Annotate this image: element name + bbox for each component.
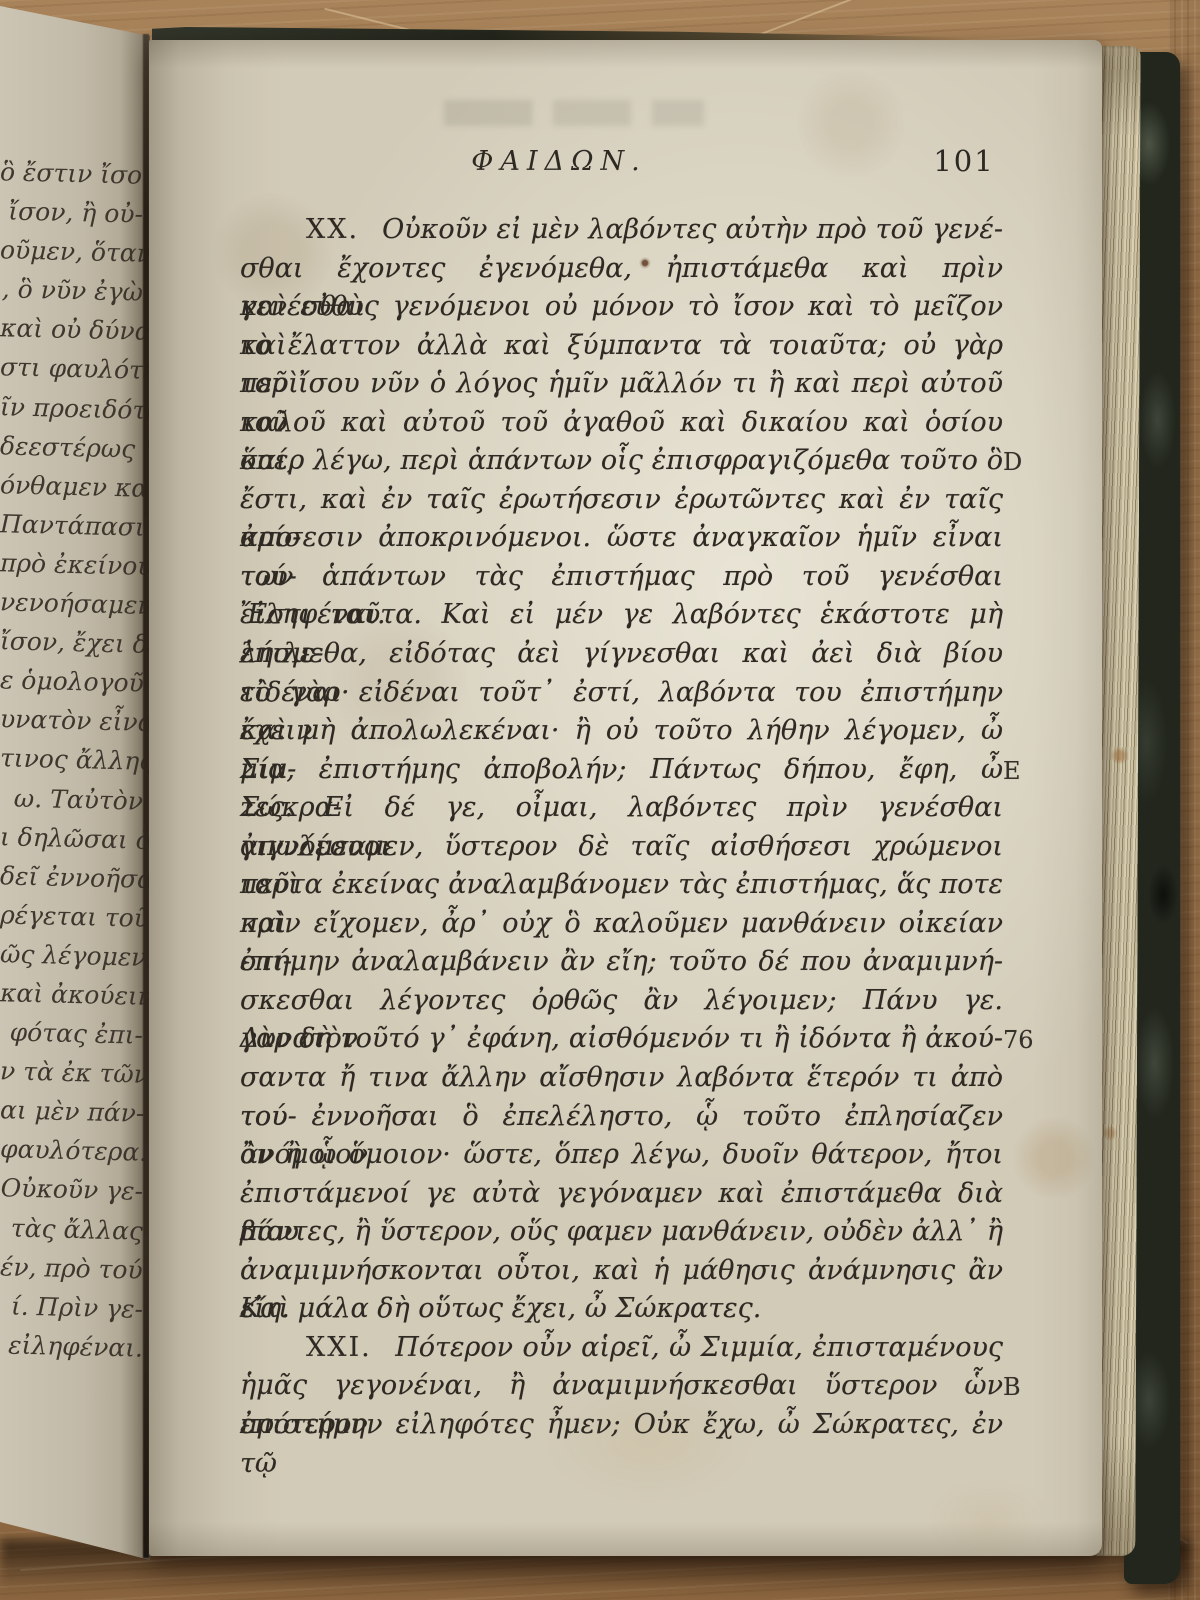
left-page-line: ὃ ἔστιν ἴσον,: [0, 152, 143, 195]
left-page-line: ι δηλῶσαι ὁ: [0, 817, 143, 860]
margin-letter: D: [1003, 443, 1047, 482]
text-line: λήσμεθα, εἰδότας ἀεὶ γίγνεσθαι καὶ ἀεὶ δ…: [240, 635, 1003, 674]
left-page-line-text: πρὸ ἐκείνου: [0, 548, 153, 581]
running-title: ΦΑΙΔΩΝ.: [239, 146, 879, 177]
left-page-line: ῖν προειδότα: [0, 387, 143, 430]
text-line: Ἔστι ταῦτα. Καὶ εἰ μέν γε λαβόντες ἑκάστ…: [240, 596, 1003, 635]
left-page-line: αι μὲν πάν-: [0, 1091, 143, 1134]
left-page-line-text: τὰς ἄλλας: [11, 1213, 144, 1245]
text-line: καὶ μὴ ἀπολωλεκέναι· ἢ οὐ τοῦτο λήθην λέ…: [240, 712, 1003, 751]
left-page-line-text: ι δηλῶσαι ὁ: [0, 822, 151, 855]
left-page-line-text: όνθαμεν καὶ: [0, 470, 158, 503]
text-line: σκεσθαι λέγοντες ὀρθῶς ἂν λέγοιμεν; Πάνυ…: [240, 982, 1003, 1021]
left-page-line-text: , ὃ νῦν ἐγὼ: [1, 275, 143, 307]
left-page-line: ί. Πρὶν γε-: [0, 1286, 143, 1329]
text-line: ὂν ἢ ᾧ ὅμοιον· ὥστε, ὅπερ λέγω, δυοῖν θά…: [240, 1136, 1003, 1175]
left-page-text-fragments: ὃ ἔστιν ἴσον, ἴσον, ἢ οὐ- οῦμεν, ὅταν , …: [0, 154, 143, 1366]
text-line: του ἐννοῆσαι ὃ ἐπελέληστο, ᾧ τοῦτο ἐπλησ…: [240, 1098, 1003, 1137]
greek-line-text: ὅπερ λέγω, περὶ ἁπάντων οἷς ἐπισφραγιζόμ…: [240, 445, 1003, 476]
left-page-line: καὶ ἀκούειν: [0, 973, 143, 1016]
text-line: τὸ γὰρ εἰδέναι τοῦτ᾽ ἐστί, λαβόντα του ἐ…: [240, 674, 1003, 713]
text-line: XXI. Πότερον οὖν αἱρεῖ, ὦ Σιμμία, ἐπιστα…: [240, 1329, 1003, 1368]
text-line: ἀναμιμνήσκονται οὗτοι, καὶ ἡ μάθησις ἀνά…: [240, 1252, 1003, 1291]
text-line: καὶ εὐθὺς γενόμενοι οὐ μόνον τὸ ἴσον καὶ…: [240, 288, 1003, 327]
text-line: ταῦτα ἐκείνας ἀναλαμβάνομεν τὰς ἐπιστήμα…: [240, 866, 1003, 905]
margin-letter: E: [1003, 752, 1047, 791]
text-line: ὅπερ λέγω, περὶ ἁπάντων οἷς ἐπισφραγιζόμ…: [240, 442, 1003, 481]
left-page-line: ρέγεται τοῦ: [0, 895, 143, 938]
left-page-line-text: οῦμεν, ὅταν: [0, 235, 152, 268]
left-page-line: έν, πρὸ τού-: [0, 1247, 143, 1290]
left-page-line-text: φαυλότερα.: [0, 1135, 148, 1168]
text-line: ἐπιστάμενοί γε αὐτὰ γεγόναμεν καὶ ἐπιστά…: [240, 1175, 1003, 1214]
left-page-line: φότας ἐπι-: [0, 1012, 143, 1055]
text-line: ἔστι, καὶ ἐν ταῖς ἐρωτήσεσιν ἐρωτῶντες κ…: [240, 481, 1003, 520]
ink-showthrough: [444, 100, 704, 126]
book-page: ΦΑΙΔΩΝ. 101 XX. Οὐκοῦν εἰ μὲν λαβόντες α…: [149, 40, 1102, 1556]
left-page-line: ν τὰ ἐκ τῶν: [0, 1051, 143, 1094]
left-page-line-text: δεῖ ἐννοῆσαι: [0, 861, 164, 894]
left-page-line-text: καὶ ἀκούειν: [0, 978, 153, 1011]
left-page-line: ε ὁμολογοῦ-: [0, 660, 143, 703]
text-line: ἀπωλέσαμεν, ὕστερον δὲ ταῖς αἰσθήσεσι χρ…: [240, 828, 1003, 867]
left-page-line: υνατὸν εἶναι: [0, 700, 143, 743]
text-line: γὰρ δὴ τοῦτό γ᾽ ἐφάνη, αἰσθόμενόν τι ἢ ἰ…: [240, 1020, 1003, 1059]
left-page-line: στι φαυλότε-: [0, 348, 143, 391]
left-page-line: εἰληφέναι.: [0, 1325, 143, 1368]
left-page-line: Οὐκοῦν γε-: [0, 1169, 143, 1212]
greek-line-text: Οὐκοῦν εἰ μὲν λαβόντες αὐτὴν πρὸ τοῦ γεν…: [382, 214, 1003, 245]
left-page-line: καὶ οὐ δύνα-: [0, 309, 143, 352]
left-page-line: ἴσον, ἔχει δὲ: [0, 621, 143, 664]
left-page-line: τινος ἄλλης: [0, 739, 143, 782]
left-page-line-text: καὶ οὐ δύνα-: [0, 314, 160, 347]
left-page-line-text: ῖν προειδότα: [0, 392, 163, 425]
left-page-line-text: ω. Ταὐτὸν: [14, 783, 144, 815]
left-page-line-text: υνατὸν εἶναι: [0, 705, 165, 738]
left-page-line-text: εἰληφέναι.: [8, 1330, 143, 1362]
greek-line-text: ὂν ἢ ᾧ ὅμοιον· ὥστε, ὅπερ λέγω, δυοῖν θά…: [240, 1139, 1003, 1170]
left-page-line-text: ί. Πρὶν γε-: [11, 1291, 144, 1323]
left-page-line-text: ε ὁμολογοῦ-: [0, 665, 153, 698]
text-line: ἐπιστήμην εἰληφότες ἦμεν; Οὐκ ἔχω, ὦ Σώκ…: [240, 1406, 1003, 1445]
text-line: τὸ ἔλαττον ἀλλὰ καὶ ξύμπαντα τὰ τοιαῦτα;…: [240, 327, 1003, 366]
left-page-line: τὰς ἄλλας: [0, 1208, 143, 1251]
greek-line-text: πάντες, ἢ ὕστερον, οὕς φαμεν μανθάνειν, …: [240, 1216, 1003, 1247]
greek-line-text: ἐπιστήμην εἰληφότες ἦμεν; Οὐκ ἔχω, ὦ Σώκ…: [240, 1409, 1003, 1479]
left-page-line: Παντάπασι: [0, 504, 143, 547]
text-line: πρὶν εἴχομεν, ἆρ᾽ οὐχ ὃ καλοῦμεν μανθάνε…: [240, 905, 1003, 944]
margin-letter: 76: [1003, 1021, 1047, 1060]
book-photo-scene: ὃ ἔστιν ἴσον, ἴσον, ἢ οὐ- οῦμεν, ὅταν , …: [0, 0, 1200, 1600]
left-page-line-text: αι μὲν πάν-: [0, 1096, 145, 1129]
left-page-line-text: Οὐκοῦν γε-: [0, 1174, 143, 1206]
left-page-line-text: φότας ἐπι-: [9, 1018, 143, 1050]
left-page-line-text: ἴσον, ἢ οὐ-: [8, 197, 143, 229]
text-line: τες. Εἰ δέ γε, οἶμαι, λαβόντες πρὶν γενέ…: [240, 789, 1003, 828]
greek-line-text: Καὶ μάλα δὴ οὕτως ἔχει, ὦ Σώκρατες.: [240, 1293, 761, 1324]
greek-line-text: γὰρ δὴ τοῦτό γ᾽ ἐφάνη, αἰσθόμενόν τι ἢ ἰ…: [240, 1023, 1003, 1054]
section-numeral: XXI.: [306, 1332, 372, 1363]
left-page-line-text: έν, πρὸ τού-: [0, 1252, 152, 1285]
left-page-line: πρὸ ἐκείνου: [0, 543, 143, 586]
greek-line-text: στήμην ἀναλαμβάνειν ἂν εἴη; τοῦτο δέ που…: [240, 946, 1003, 977]
page-number: 101: [919, 144, 1009, 178]
left-page-line: δεῖ ἐννοῆσαι: [0, 856, 143, 899]
left-page-line-text: Παντάπασι: [0, 509, 145, 542]
text-line: πάντες, ἢ ὕστερον, οὕς φαμεν μανθάνειν, …: [240, 1213, 1003, 1252]
left-page-line: όνθαμεν καὶ: [0, 465, 143, 508]
text-line: στήμην ἀναλαμβάνειν ἂν εἴη; τοῦτο δέ που…: [240, 943, 1003, 982]
text-line: τοῦ ἴσου νῦν ὁ λόγος ἡμῖν μᾶλλόν τι ἢ κα…: [240, 365, 1003, 404]
left-page-line-text: στι φαυλότε-: [0, 353, 165, 386]
greek-text-block: XX. Οὐκοῦν εἰ μὲν λαβόντες αὐτὴν πρὸ τοῦ…: [240, 211, 1003, 1445]
left-page-line-text: ν τὰ ἐκ τῶν: [0, 1056, 149, 1089]
left-page-line: οῦμεν, ὅταν: [0, 230, 143, 273]
text-line: XX. Οὐκοῦν εἰ μὲν λαβόντες αὐτὴν πρὸ τοῦ…: [240, 211, 1003, 250]
left-page-edge: ὃ ἔστιν ἴσον, ἴσον, ἢ οὐ- οῦμεν, ὅταν , …: [0, 6, 150, 1572]
left-page-line: ἴσον, ἢ οὐ-: [0, 191, 143, 234]
left-page-line: φαυλότερα.: [0, 1130, 143, 1173]
text-line: σθαι ἔχοντες ἐγενόμεθα, ἠπιστάμεθα καὶ π…: [240, 250, 1003, 289]
margin-letter: B: [1003, 1368, 1047, 1407]
text-line: των ἁπάντων τὰς ἐπιστήμας πρὸ τοῦ γενέσθ…: [240, 558, 1003, 597]
left-page-line: , ὃ νῦν ἐγὼ: [0, 270, 143, 313]
left-page-line: δεεστέρως δὲ: [0, 426, 143, 469]
section-numeral: XX.: [306, 214, 359, 245]
left-page-line: ῶς λέγομεν;: [0, 934, 143, 977]
text-line: Καὶ μάλα δὴ οὕτως ἔχει, ὦ Σώκρατες.: [240, 1290, 1003, 1329]
text-line: σαντα ἤ τινα ἄλλην αἴσθησιν λαβόντα ἕτερ…: [240, 1059, 1003, 1098]
left-page-line: νενοήσαμεν,: [0, 582, 143, 625]
text-line: μία, ἐπιστήμης ἀποβολήν; Πάντως δήπου, ἔ…: [240, 751, 1003, 790]
left-page-line-text: τινος ἄλλης: [0, 744, 154, 777]
text-line: καλοῦ καὶ αὐτοῦ τοῦ ἀγαθοῦ καὶ δικαίου κ…: [240, 404, 1003, 443]
text-line: κρίσεσιν ἀποκρινόμενοι. ὥστε ἀναγκαῖον ἡ…: [240, 519, 1003, 558]
left-page-line-text: ἴσον, ἔχει δὲ: [0, 626, 162, 659]
left-page-line-text: ρέγεται τοῦ: [0, 900, 149, 933]
left-page-line-text: ῶς λέγομεν;: [0, 939, 155, 972]
text-line: ἡμᾶς γεγονέναι, ἢ ἀναμιμνήσκεσθαι ὕστερο…: [240, 1367, 1003, 1406]
left-page-line-text: νενοήσαμεν,: [0, 587, 161, 620]
left-page-line: ω. Ταὐτὸν: [0, 778, 143, 821]
greek-line-text: Πότερον οὖν αἱρεῖ, ὦ Σιμμία, ἐπισταμένου…: [395, 1332, 1003, 1363]
left-page-line-text: ὃ ἔστιν ἴσον,: [0, 157, 166, 190]
